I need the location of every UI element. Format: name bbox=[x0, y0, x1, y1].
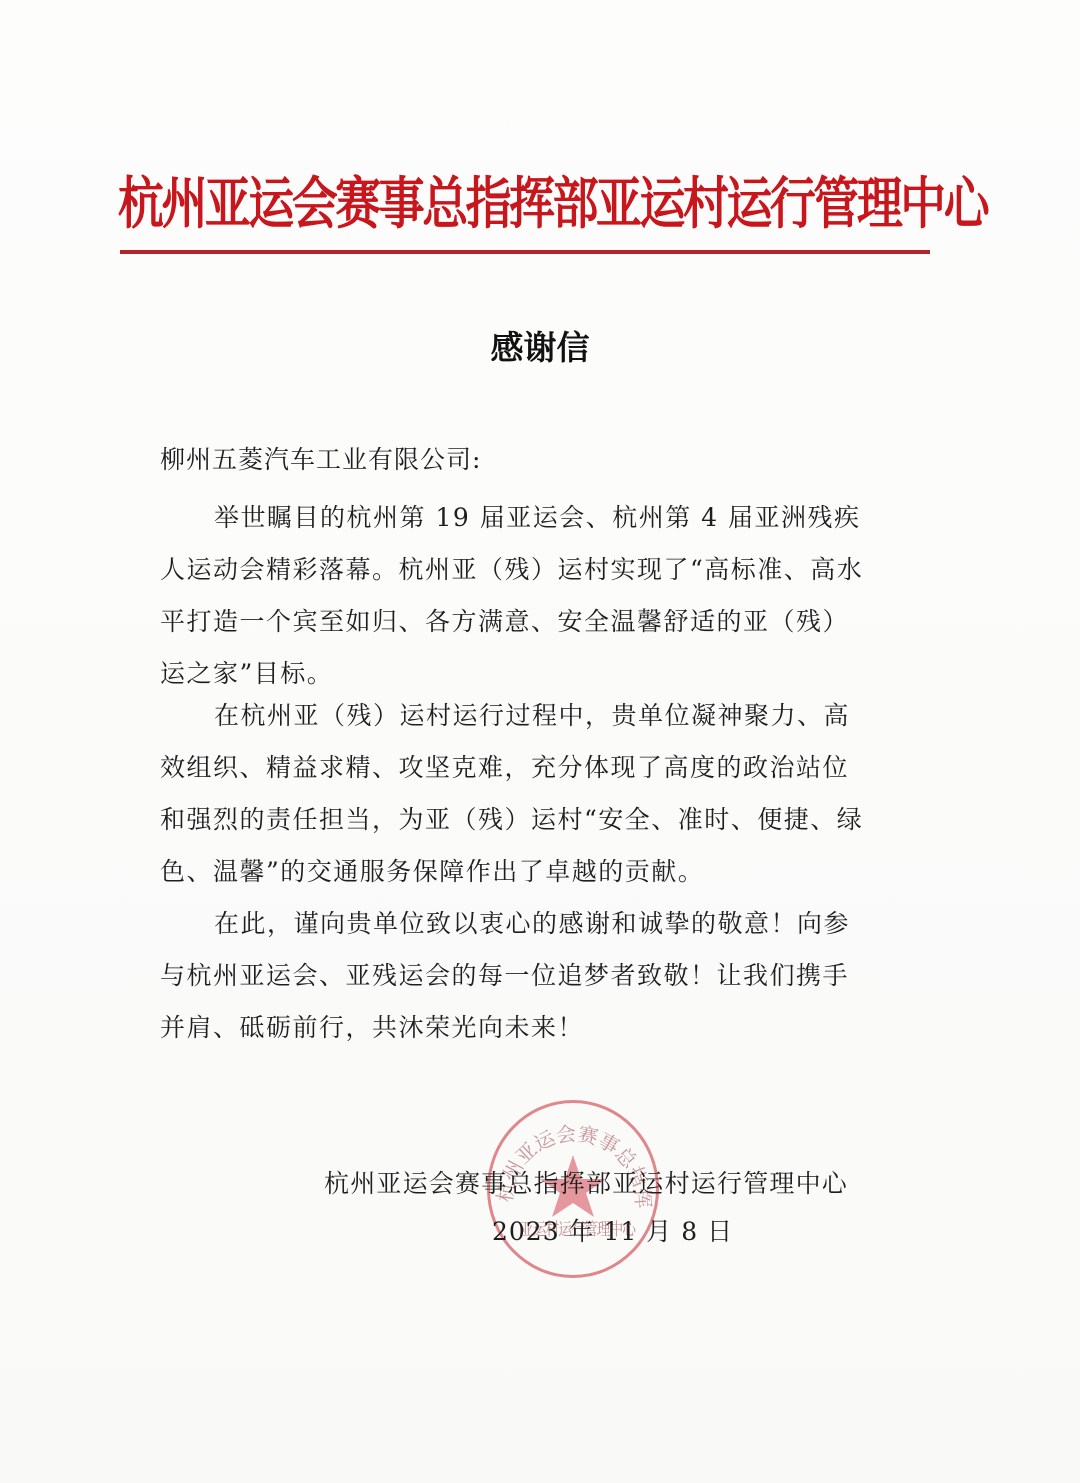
signature-organization: 杭州亚运会赛事总指挥部亚运村运行管理中心 bbox=[324, 1164, 848, 1200]
letterhead-organization: 杭州亚运会赛事总指挥部亚运村运行管理中心 bbox=[118, 160, 790, 240]
paragraph-line: 和强烈的责任担当，为亚（残）运村“安全、准时、便捷、绿 bbox=[160, 794, 880, 846]
paragraph-1: 举世瞩目的杭州第 19 届亚运会、杭州第 4 届亚洲残疾 人运动会精彩落幕。杭州… bbox=[160, 492, 880, 700]
paragraph-line: 人运动会精彩落幕。杭州亚（残）运村实现了“高标准、高水 bbox=[160, 544, 880, 596]
paragraph-2: 在杭州亚（残）运村运行过程中，贵单位凝神聚力、高 效组织、精益求精、攻坚克难，充… bbox=[160, 690, 880, 898]
paragraph-line: 在杭州亚（残）运村运行过程中，贵单位凝神聚力、高 bbox=[160, 690, 880, 742]
document-title: 感谢信 bbox=[0, 322, 1080, 369]
paragraph-line: 举世瞩目的杭州第 19 届亚运会、杭州第 4 届亚洲残疾 bbox=[160, 492, 880, 544]
letter-page: 杭州亚运会赛事总指挥部亚运村运行管理中心 感谢信 柳州五菱汽车工业有限公司: 举… bbox=[0, 0, 1080, 1483]
letterhead-divider bbox=[120, 250, 930, 254]
paragraph-line: 平打造一个宾至如归、各方满意、安全温馨舒适的亚（残） bbox=[160, 596, 880, 648]
paragraph-line: 并肩、砥砺前行，共沐荣光向未来！ bbox=[160, 1002, 880, 1054]
paragraph-3: 在此，谨向贵单位致以衷心的感谢和诚挚的敬意！向参 与杭州亚运会、亚残运会的每一位… bbox=[160, 898, 880, 1054]
salutation: 柳州五菱汽车工业有限公司: bbox=[160, 440, 481, 476]
paragraph-line: 与杭州亚运会、亚残运会的每一位追梦者致敬！让我们携手 bbox=[160, 950, 880, 1002]
paragraph-line: 效组织、精益求精、攻坚克难，充分体现了高度的政治站位 bbox=[160, 742, 880, 794]
paragraph-line: 色、温馨”的交通服务保障作出了卓越的贡献。 bbox=[160, 846, 880, 898]
signature-date: 2023 年 11 月 8 日 bbox=[492, 1212, 733, 1248]
paragraph-line: 在此，谨向贵单位致以衷心的感谢和诚挚的敬意！向参 bbox=[160, 898, 880, 950]
